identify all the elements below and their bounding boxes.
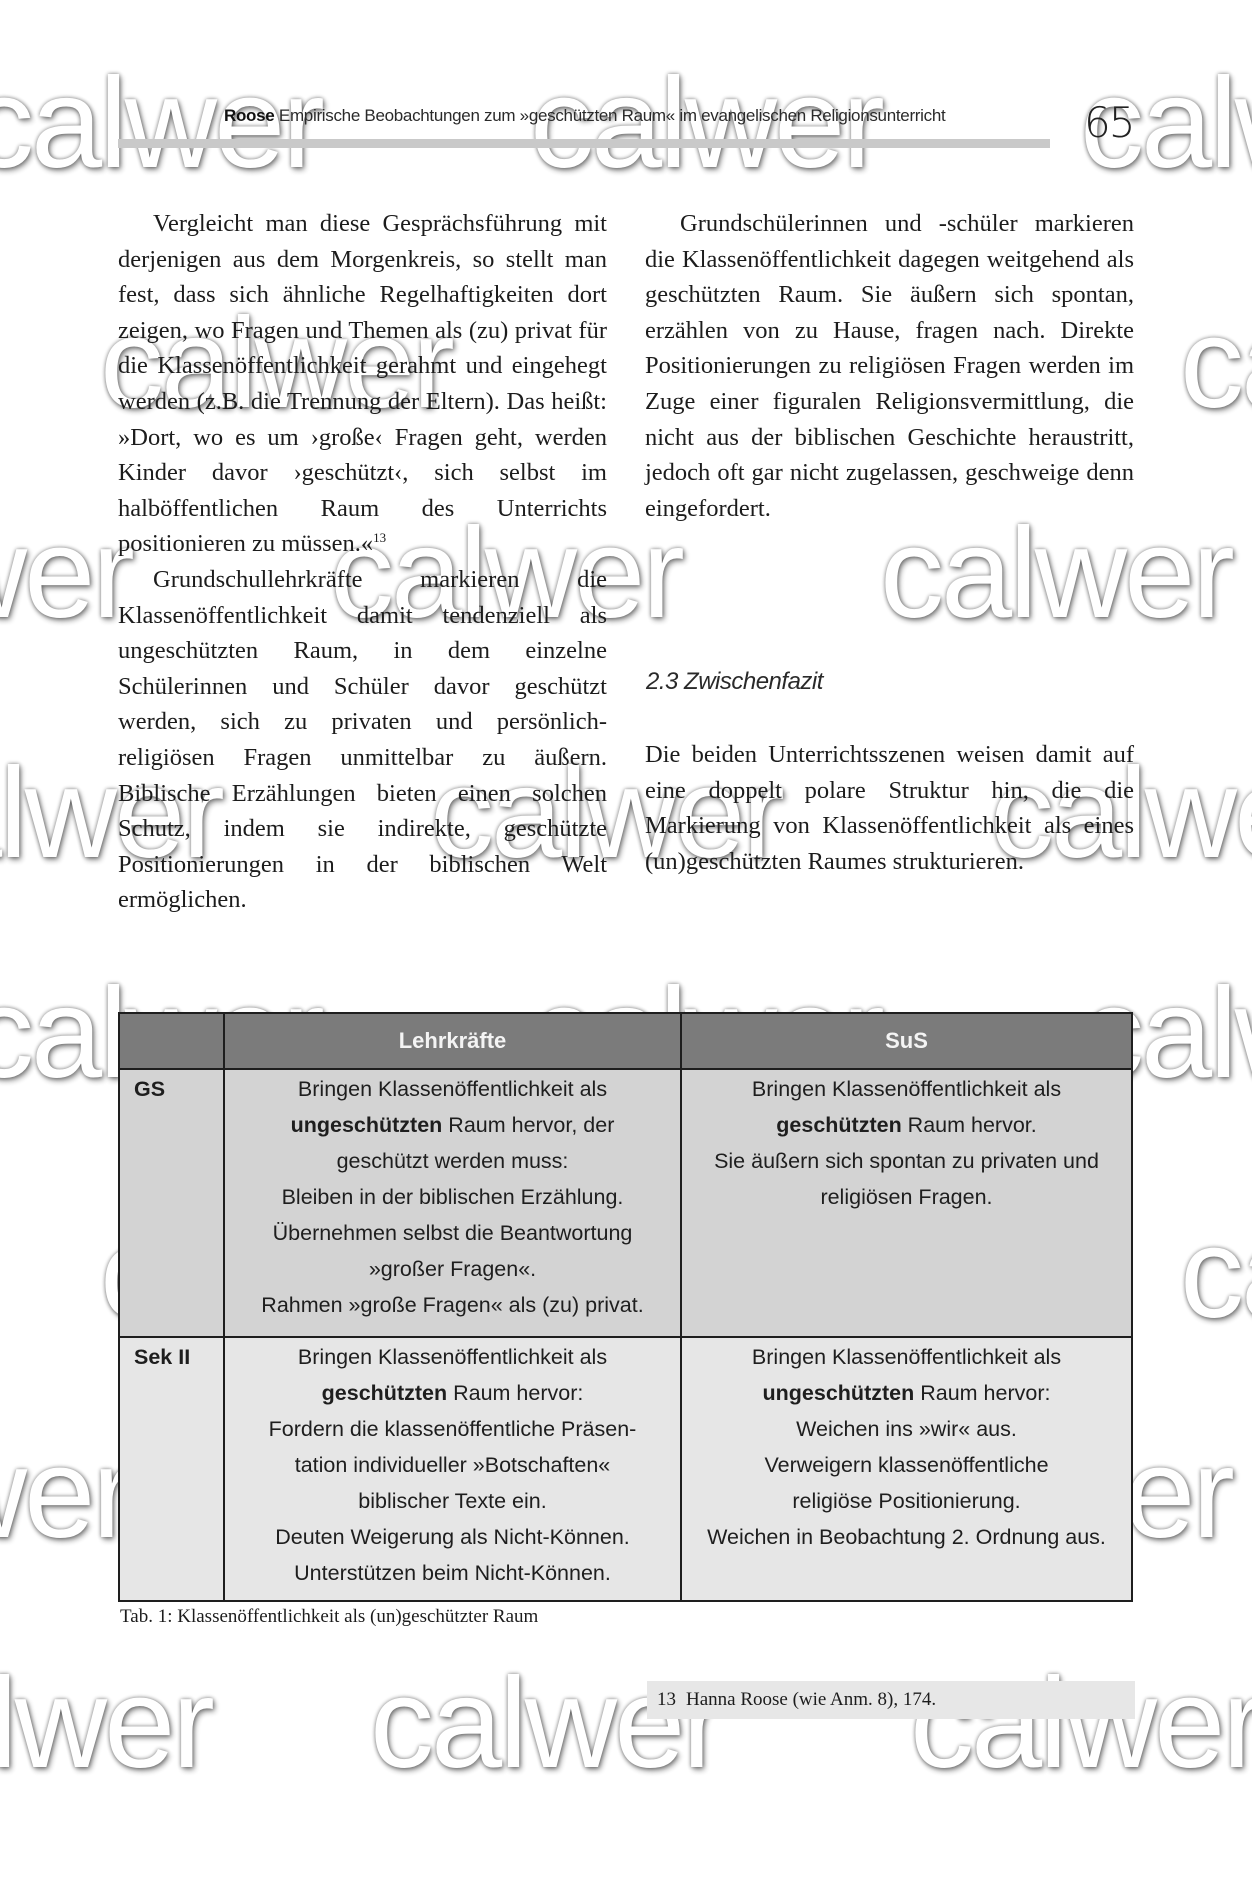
running-header-bar (118, 139, 1050, 148)
table-header-lehrkraefte: Lehrkräfte (224, 1013, 681, 1069)
table-header-row: Lehrkräfte SuS (119, 1013, 1132, 1069)
table-cell: Bringen Klassenöffentlichkeit als geschü… (224, 1337, 681, 1601)
footnote-ref[interactable]: 13 (373, 530, 386, 545)
paragraph: Grundschülerinnen und -schüler markieren… (645, 206, 1134, 526)
table-header-sus: SuS (681, 1013, 1132, 1069)
watermark: calwer (1180, 300, 1252, 428)
right-column-section: Die beiden Unterrichtsszenen weisen dami… (645, 737, 1134, 879)
watermark: calwer (0, 510, 132, 638)
table-cell: Bringen Klassenöffentlichkeit als ungesc… (681, 1337, 1132, 1601)
footnote-text: Hanna Roose (wie Anm. 8), 174. (686, 1689, 936, 1710)
watermark: calwer (0, 1660, 212, 1788)
watermark: calwer (1180, 1210, 1252, 1338)
table-caption: Tab. 1: Klassenöffentlichkeit als (un)ge… (120, 1606, 538, 1628)
paragraph: Vergleicht man diese Gesprächsfüh­rung m… (118, 206, 607, 562)
running-header: Roose Empirische Beobachtungen zum »gesc… (224, 106, 945, 126)
watermark: calwer (910, 1660, 1252, 1788)
watermark: calwer (880, 510, 1232, 638)
watermark: calwer (370, 1660, 722, 1788)
page-number: 65 (1084, 98, 1133, 147)
footnote: 13Hanna Roose (wie Anm. 8), 174. (647, 1681, 1135, 1719)
section-heading: 2.3 Zwischenfazit (646, 668, 823, 696)
paragraph: Grundschullehrkräfte markieren die Klass… (118, 562, 607, 918)
table-cell: Bringen Klassenöffentlichkeit als ungesc… (224, 1069, 681, 1337)
table-header-corner (119, 1013, 224, 1069)
table-row: GS Bringen Klassenöffentlichkeit als ung… (119, 1069, 1132, 1337)
comparison-table: Lehrkräfte SuS GS Bringen Klassenöffentl… (118, 1012, 1133, 1602)
row-label: Sek II (119, 1337, 224, 1601)
running-header-title: Empirische Beobachtungen zum »geschützte… (279, 106, 946, 125)
left-column: Vergleicht man diese Gesprächsfüh­rung m… (118, 206, 607, 918)
table-cell: Bringen Klassenöffentlichkeit als geschü… (681, 1069, 1132, 1337)
footnote-number: 13 (657, 1689, 676, 1710)
table-row: Sek II Bringen Klassenöffentlichkeit als… (119, 1337, 1132, 1601)
running-header-author: Roose (224, 106, 274, 125)
paragraph: Die beiden Unterrichtsszenen weisen dami… (645, 737, 1134, 879)
watermark: calwer (0, 1430, 132, 1558)
row-label: GS (119, 1069, 224, 1337)
right-column: Grundschülerinnen und -schüler markieren… (645, 206, 1134, 526)
